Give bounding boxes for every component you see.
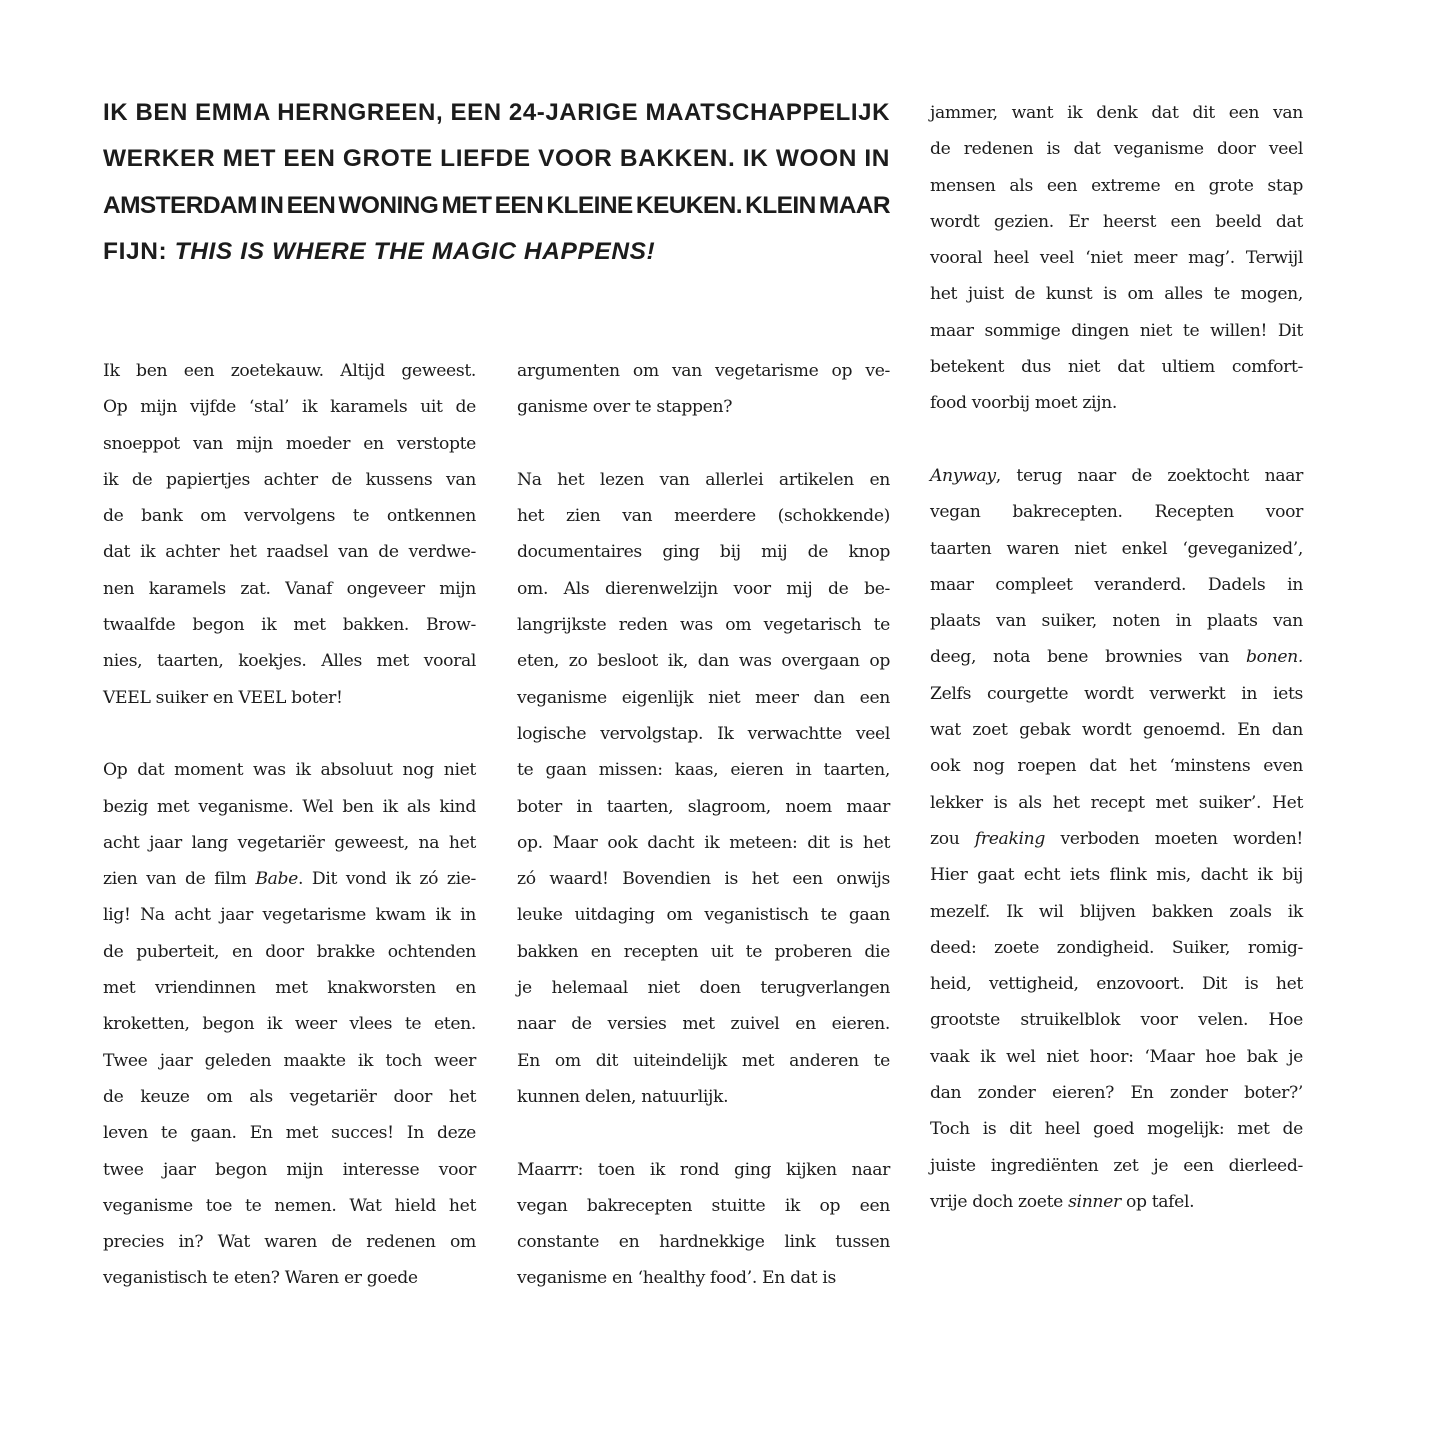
text-line: Op mijn vijfde ‘stal’ ik karamels uit de	[103, 393, 476, 429]
text-line: twaalfde begon ik met bakken. Brow-	[103, 611, 476, 647]
text-line: zien van de film Babe. Dit vond ik zó zi…	[103, 865, 476, 901]
text-line: mezelf. Ik wil blijven bakken zoals ik	[930, 898, 1303, 934]
paragraph: Maarrr: toen ik rond ging kijken naarveg…	[517, 1156, 890, 1301]
text-line: lig! Na acht jaar vegetarisme kwam ik in	[103, 901, 476, 937]
text-line: het juist de kunst is om alles te mogen,	[930, 280, 1303, 316]
text-line: eten, zo besloot ik, dan was overgaan op	[517, 647, 890, 683]
text-line: met vriendinnen met knakworsten en	[103, 974, 476, 1010]
text-line: leven te gaan. En met succes! In deze	[103, 1119, 476, 1155]
text-run: op tafel.	[1121, 1192, 1194, 1212]
text-line: Op dat moment was ik absoluut nog niet	[103, 756, 476, 792]
text-line: jammer, want ik denk dat dit een van	[930, 99, 1303, 135]
text-line: vooral heel veel ‘niet meer mag’. Terwij…	[930, 244, 1303, 280]
text-line: om. Als dierenwelzijn voor mij de be-	[517, 575, 890, 611]
text-line: vegan bakrecepten. Recepten voor	[930, 498, 1303, 534]
text-line: de bank om vervolgens te ontkennen	[103, 502, 476, 538]
paragraph-gap	[930, 426, 1303, 462]
text-line: vaak ik wel niet hoor: ‘Maar hoe bak je	[930, 1043, 1303, 1079]
paragraph: Ik ben een zoetekauw. Altijd geweest.Op …	[103, 357, 476, 720]
text-line: Hier gaat echt iets flink mis, dacht ik …	[930, 861, 1303, 897]
text-line: Na het lezen van allerlei artikelen en	[517, 466, 890, 502]
text-line: mensen als een extreme en grote stap	[930, 172, 1303, 208]
text-line: precies in? Wat waren de redenen om	[103, 1228, 476, 1264]
text-line: je helemaal niet doen terugverlangen	[517, 974, 890, 1010]
italic-run: freaking	[975, 829, 1045, 849]
italic-run: Babe	[255, 869, 298, 889]
paragraph: Na het lezen van allerlei artikelen enhe…	[517, 466, 890, 1119]
text-line: veganisme eigenlijk niet meer dan een	[517, 684, 890, 720]
text-run: . Dit vond ik zó zie-	[298, 869, 476, 889]
text-line: ik de papiertjes achter de kussens van	[103, 466, 476, 502]
text-run: zien van de film	[103, 869, 255, 889]
text-line: op. Maar ook dacht ik meteen: dit is het	[517, 829, 890, 865]
text-line: En om dit uiteindelijk met anderen te	[517, 1047, 890, 1083]
italic-run: sinner	[1068, 1192, 1121, 1212]
text-line: Zelfs courgette wordt verwerkt in iets	[930, 680, 1303, 716]
text-line: veganisme toe te nemen. Wat hield het	[103, 1192, 476, 1228]
text-run: vrije doch zoete	[930, 1192, 1068, 1212]
text-run: , terug naar de zoektocht naar	[996, 466, 1303, 486]
intro-line: Amsterdam in een woning met een kleine k…	[103, 188, 890, 234]
paragraph: jammer, want ik denk dat dit een vande r…	[930, 99, 1303, 426]
text-line: leuke uitdaging om veganistisch te gaan	[517, 901, 890, 937]
text-line: de keuze om als vegetariër door het	[103, 1083, 476, 1119]
text-line: het zien van meerdere (schokkende)	[517, 502, 890, 538]
text-line: de redenen is dat veganisme door veel	[930, 135, 1303, 171]
text-line: zou freaking verboden moeten worden!	[930, 825, 1303, 861]
text-line: te gaan missen: kaas, eieren in taarten,	[517, 756, 890, 792]
text-line: grootste struikelblok voor velen. Hoe	[930, 1006, 1303, 1042]
text-line: constante en hardnekkige link tussen	[517, 1228, 890, 1264]
text-line: deed: zoete zondigheid. Suiker, romig-	[930, 934, 1303, 970]
intro-line: werker met een grote liefde voor bakken.…	[103, 141, 890, 187]
text-line: wat zoet gebak wordt genoemd. En dan	[930, 716, 1303, 752]
text-line: Ik ben een zoetekauw. Altijd geweest.	[103, 357, 476, 393]
text-line: vrije doch zoete sinner op tafel.	[930, 1188, 1303, 1224]
text-line: dan zonder eieren? En zonder boter?’	[930, 1079, 1303, 1115]
text-line: maar compleet veranderd. Dadels in	[930, 571, 1303, 607]
intro-line: Ik ben Emma Herngreen, een 24-jarige maa…	[103, 95, 890, 141]
text-line: ganisme over te stappen?	[517, 393, 890, 429]
text-line: veganistisch te eten? Waren er goede	[103, 1264, 476, 1300]
text-line: ook nog roepen dat het ‘minstens even	[930, 752, 1303, 788]
text-line: nen karamels zat. Vanaf ongeveer mijn	[103, 575, 476, 611]
text-line: bezig met veganisme. Wel ben ik als kind	[103, 793, 476, 829]
paragraph: Op dat moment was ik absoluut nog nietbe…	[103, 756, 476, 1300]
text-line: acht jaar lang vegetariër geweest, na he…	[103, 829, 476, 865]
text-line: maar sommige dingen niet te willen! Dit	[930, 317, 1303, 353]
text-line: taarten waren niet enkel ‘geveganized’,	[930, 535, 1303, 571]
text-line: de puberteit, en door brakke ochtenden	[103, 938, 476, 974]
italic-run: Anyway	[930, 466, 996, 486]
text-run: zou	[930, 829, 975, 849]
text-line: heid, vettigheid, enzovoort. Dit is het	[930, 970, 1303, 1006]
text-line: argumenten om van vegetarisme op ve-	[517, 357, 890, 393]
text-line: veganisme en ‘healthy food’. En dat is	[517, 1264, 890, 1300]
text-line: VEEL suiker en VEEL boter!	[103, 684, 476, 720]
text-line: zó waard! Bovendien is het een onwijs	[517, 865, 890, 901]
paragraph-gap	[103, 720, 476, 756]
intro-prefix: Fijn:	[103, 238, 175, 265]
text-line: Anyway, terug naar de zoektocht naar	[930, 462, 1303, 498]
paragraph: Anyway, terug naar de zoektocht naarvega…	[930, 462, 1303, 1224]
text-line: logische vervolgstap. Ik verwachtte veel	[517, 720, 890, 756]
text-line: Toch is dit heel goed mogelijk: met de	[930, 1115, 1303, 1151]
text-line: juiste ingrediënten zet je een dierleed-	[930, 1152, 1303, 1188]
text-run: verboden moeten worden!	[1045, 829, 1303, 849]
intro-tagline: This is where the magic happens!	[175, 238, 656, 265]
text-line: nies, taarten, koekjes. Alles met vooral	[103, 647, 476, 683]
text-line: kunnen delen, natuurlijk.	[517, 1083, 890, 1119]
text-line: deeg, nota bene brownies van bonen.	[930, 643, 1303, 679]
italic-run: bonen.	[1246, 647, 1303, 667]
text-line: vegan bakrecepten stuitte ik op een	[517, 1192, 890, 1228]
text-line: snoeppot van mijn moeder en verstopte	[103, 430, 476, 466]
text-line: dat ik achter het raadsel van de verdwe-	[103, 538, 476, 574]
text-line: langrijkste reden was om vegetarisch te	[517, 611, 890, 647]
column-2: argumenten om van vegetarisme op ve-gani…	[517, 357, 890, 1301]
text-line: bakken en recepten uit te proberen die	[517, 938, 890, 974]
paragraph-gap	[517, 430, 890, 466]
paragraph: argumenten om van vegetarisme op ve-gani…	[517, 357, 890, 430]
column-1: Ik ben een zoetekauw. Altijd geweest.Op …	[103, 357, 476, 1301]
text-line: lekker is als het recept met suiker’. He…	[930, 789, 1303, 825]
text-run: deeg, nota bene brownies van	[930, 647, 1246, 667]
text-line: Maarrr: toen ik rond ging kijken naar	[517, 1156, 890, 1192]
text-line: food voorbij moet zijn.	[930, 389, 1303, 425]
intro-heading: Ik ben Emma Herngreen, een 24-jarige maa…	[103, 95, 890, 280]
text-line: twee jaar begon mijn interesse voor	[103, 1156, 476, 1192]
text-line: documentaires ging bij mij de knop	[517, 538, 890, 574]
text-line: kroketten, begon ik weer vlees te eten.	[103, 1010, 476, 1046]
column-3: jammer, want ik denk dat dit een vande r…	[930, 99, 1303, 1224]
text-line: betekent dus niet dat ultiem comfort-	[930, 353, 1303, 389]
text-line: plaats van suiker, noten in plaats van	[930, 607, 1303, 643]
text-line: wordt gezien. Er heerst een beeld dat	[930, 208, 1303, 244]
paragraph-gap	[517, 1119, 890, 1155]
text-line: naar de versies met zuivel en eieren.	[517, 1010, 890, 1046]
text-line: Twee jaar geleden maakte ik toch weer	[103, 1047, 476, 1083]
text-line: boter in taarten, slagroom, noem maar	[517, 793, 890, 829]
intro-line: Fijn: This is where the magic happens!	[103, 234, 890, 280]
